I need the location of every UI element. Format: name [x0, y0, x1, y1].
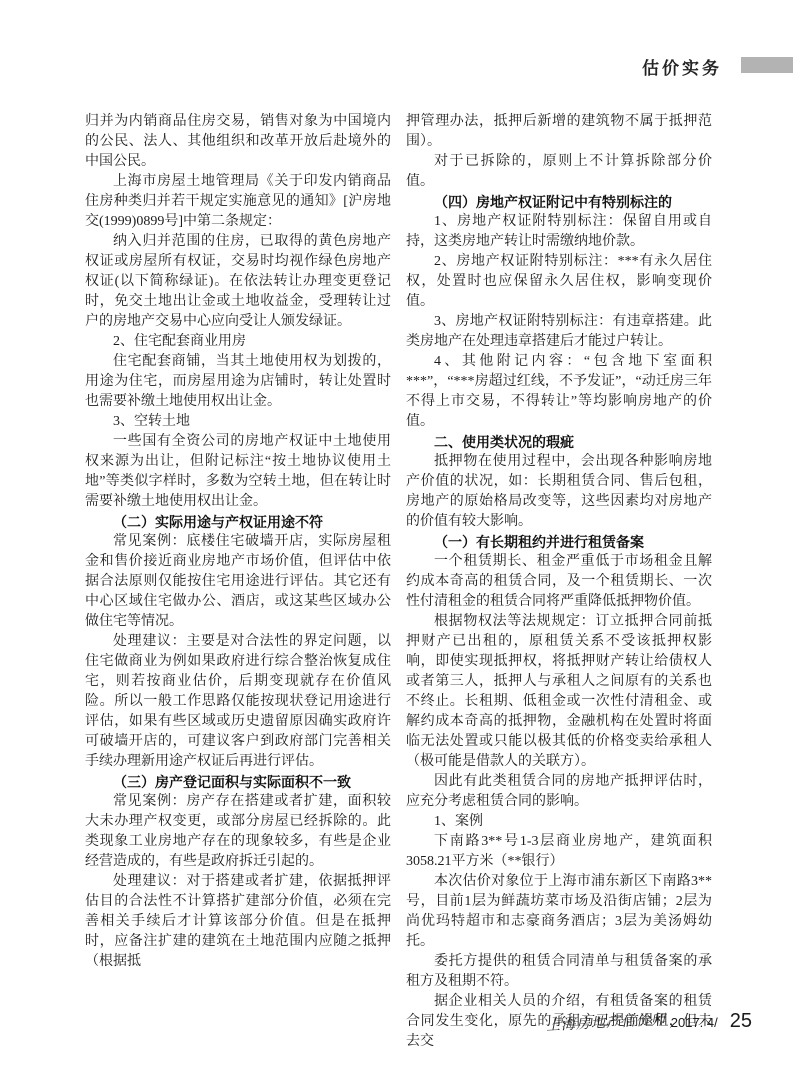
body-paragraph: 下南路3**号1-3层商业房地产，建筑面积3058.21平方米（**银行） [406, 832, 712, 872]
body-paragraph: 一些国有全资公司的房地产权证中土地使用权来源为出让，但附记标注“按土地协议使用土… [85, 432, 391, 512]
body-paragraph: 归并为内销商品住房交易，销售对象为中国境内的公民、法人、其他组织和改革开放后赴境… [85, 112, 391, 172]
body-paragraph: 根据物权法等法规规定：订立抵押合同前抵押财产已出租的，原租赁关系不受该抵押权影响… [406, 612, 712, 772]
section-heading: （四）房地产权证附记中有特别标注的 [406, 192, 712, 212]
section-heading: （一）有长期租约并进行租赁备案 [406, 532, 712, 552]
body-paragraph: 一个租赁期长、租金严重低于市场租金且解约成本奇高的租赁合同，及一个租赁期长、一次… [406, 552, 712, 612]
right-column: 押管理办法，抵押后新增的建筑物不属于抵押范围）。对于已拆除的，原则上不计算拆除部… [406, 112, 712, 1052]
body-paragraph: 住宅配套商铺，当其土地使用权为划拨的，用途为住宅，而房屋用途为店铺时，转让处置时… [85, 352, 391, 412]
section-heading: （二）实际用途与产权证用途不符 [85, 512, 391, 532]
body-paragraph: 处理建议：对于搭建或者扩建，依据抵押评估目的合法性不计算搭扩建部分价值，必须在完… [85, 872, 391, 972]
sub-heading: 2、住宅配套商业用房 [85, 332, 391, 352]
body-paragraph: 上海市房屋土地管理局《关于印发内销商品住房种类归并若干规定实施意见的通知》[沪房… [85, 172, 391, 232]
body-paragraph: 本次估价对象位于上海市浦东新区下南路3**号，目前1层为鲜蔬坊菜市场及沿街店铺；… [406, 872, 712, 952]
page-header: 估价实务 [0, 54, 794, 76]
issue-date: 2017. 4/ [671, 1015, 718, 1030]
page-footer: 上海房地产估价师 2017. 4/ 25 [546, 1010, 752, 1033]
left-column: 归并为内销商品住房交易，销售对象为中国境内的公民、法人、其他组织和改革开放后赴境… [85, 112, 391, 1052]
body-paragraph: 押管理办法，抵押后新增的建筑物不属于抵押范围）。 [406, 112, 712, 152]
body-paragraph: 常见案例：底楼住宅破墙开店，实际房屋租金和售价接近商业房地产市场价值，但评估中依… [85, 532, 391, 632]
journal-page: 估价实务 归并为内销商品住房交易，销售对象为中国境内的公民、法人、其他组织和改革… [0, 0, 794, 1077]
journal-logo: 上海房地产估价师 [545, 1009, 666, 1035]
sub-heading: 1、案例 [406, 812, 712, 832]
body-paragraph: 委托方提供的租赁合同清单与租赁备案的承租方及租期不符。 [406, 952, 712, 992]
article-body: 归并为内销商品住房交易，销售对象为中国境内的公民、法人、其他组织和改革开放后赴境… [85, 112, 712, 1052]
body-paragraph: 抵押物在使用过程中，会出现各种影响房地产价值的状况，如：长期租赁合同、售后包租，… [406, 452, 712, 532]
body-paragraph: 2、房地产权证附特别标注：***有永久居住权，处置时也应保留永久居住权，影响变现… [406, 252, 712, 312]
body-paragraph: 因此有此类租赁合同的房地产抵押评估时，应充分考虑租赁合同的影响。 [406, 772, 712, 812]
body-paragraph: 4、其他附记内容：“包含地下室面积***”，“***房超过红线，不予发证”，“动… [406, 352, 712, 432]
section-heading: 二、使用类状况的瑕疵 [406, 432, 712, 452]
page-number: 25 [730, 1010, 752, 1033]
body-paragraph: 对于已拆除的，原则上不计算拆除部分价值。 [406, 152, 712, 192]
body-paragraph: 1、房地产权证附特别标注：保留自用或自持，这类房地产转让时需缴纳地价款。 [406, 212, 712, 252]
header-bar-decoration [741, 57, 793, 73]
section-heading: （三）房产登记面积与实际面积不一致 [85, 772, 391, 792]
body-paragraph: 3、房地产权证附特别标注：有违章搭建。此类房地产在处理违章搭建后才能过户转让。 [406, 312, 712, 352]
body-paragraph: 处理建议：主要是对合法性的界定问题，以住宅做商业为例如果政府进行综合整治恢复成住… [85, 632, 391, 772]
body-paragraph: 常见案例：房产存在搭建或者扩建，面积较大未办理产权变更，或部分房屋已经拆除的。此… [85, 792, 391, 872]
sub-heading: 3、空转土地 [85, 412, 391, 432]
section-label: 估价实务 [642, 54, 722, 79]
body-paragraph: 纳入归并范围的住房，已取得的黄色房地产权证或房屋所有权证，交易时均视作绿色房地产… [85, 232, 391, 332]
